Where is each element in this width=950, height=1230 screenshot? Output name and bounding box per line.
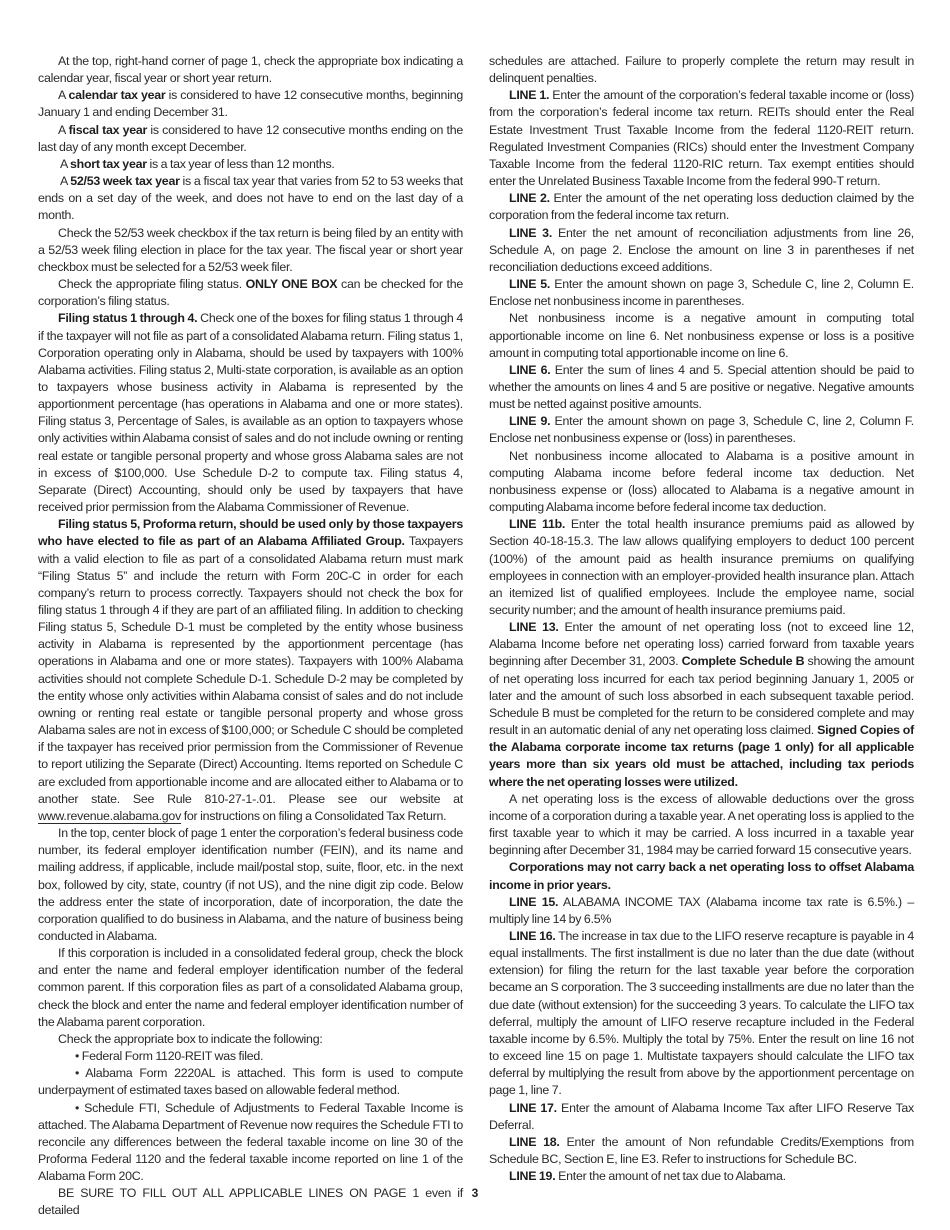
line-2-instructions: LINE 2. Enter the amount of the net oper… xyxy=(489,190,914,224)
only-one-box-emphasis: ONLY ONE BOX xyxy=(246,277,338,291)
line-13-label: LINE 13. xyxy=(509,620,559,634)
check-box-intro: Check the appropriate box to indicate th… xyxy=(38,1031,463,1048)
text: Check one of the boxes for filing status… xyxy=(38,311,463,514)
week-checkbox-instructions: Check the 52/53 week checkbox if the tax… xyxy=(38,225,463,276)
filing-status-5: Filing status 5, Proforma return, should… xyxy=(38,516,463,825)
text: A xyxy=(60,174,70,188)
filing-status-intro: Check the appropriate filing status. ONL… xyxy=(38,276,463,310)
consolidated-group-instructions: If this corporation is included in a con… xyxy=(38,945,463,1031)
filing-status-5-heading: Filing status 5, Proforma return, should… xyxy=(38,517,463,548)
line-15-instructions: LINE 15. ALABAMA INCOME TAX (Alabama inc… xyxy=(489,894,914,928)
text: for instructions on filing a Consolidate… xyxy=(181,809,446,823)
nol-definition: A net operating loss is the excess of al… xyxy=(489,791,914,860)
line-19-label: LINE 19. xyxy=(509,1169,555,1183)
term-short-tax-year: short tax year xyxy=(70,157,147,171)
text: A xyxy=(58,123,69,137)
line-18-instructions: LINE 18. Enter the amount of Non refunda… xyxy=(489,1134,914,1168)
text: Enter the amount shown on page 3, Schedu… xyxy=(489,414,914,445)
filing-status-1-4-heading: Filing status 1 through 4. xyxy=(58,311,197,325)
line-16-instructions: LINE 16. The increase in tax due to the … xyxy=(489,928,914,1100)
nol-carryback-warning: Corporations may not carry back a net op… xyxy=(489,859,914,893)
text: Enter the amount of net tax due to Alaba… xyxy=(555,1169,785,1183)
text: Enter the amount shown on page 3, Schedu… xyxy=(489,277,914,308)
line-9-label: LINE 9. xyxy=(509,414,550,428)
line-9-instructions: LINE 9. Enter the amount shown on page 3… xyxy=(489,413,914,447)
text: Enter the total health insurance premium… xyxy=(489,517,914,617)
text: Check the appropriate filing status. xyxy=(58,277,246,291)
text: A xyxy=(60,157,70,171)
bullet-1120-reit: • Federal Form 1120-REIT was filed. xyxy=(38,1048,463,1065)
line-3-label: LINE 3. xyxy=(509,226,552,240)
line-5-instructions: LINE 5. Enter the amount shown on page 3… xyxy=(489,276,914,310)
text: Taxpayers with a valid election to file … xyxy=(38,534,463,805)
line-3-instructions: LINE 3. Enter the net amount of reconcil… xyxy=(489,225,914,276)
line-13-instructions: LINE 13. Enter the amount of net operati… xyxy=(489,619,914,791)
text: Enter the sum of lines 4 and 5. Special … xyxy=(489,363,914,411)
line-11b-label: LINE 11b. xyxy=(509,517,565,531)
nol-carryback-warning-text: Corporations may not carry back a net op… xyxy=(489,860,914,891)
line-5-note: Net nonbusiness income is a negative amo… xyxy=(489,310,914,361)
bullet-schedule-fti: • Schedule FTI, Schedule of Adjustments … xyxy=(38,1100,463,1186)
line-17-instructions: LINE 17. Enter the amount of Alabama Inc… xyxy=(489,1100,914,1134)
text: Enter the amount of the net operating lo… xyxy=(489,191,914,222)
calendar-tax-year-definition: A calendar tax year is considered to hav… xyxy=(38,87,463,121)
line-5-label: LINE 5. xyxy=(509,277,550,291)
line-1-label: LINE 1. xyxy=(509,88,549,102)
line-17-label: LINE 17. xyxy=(509,1101,557,1115)
address-block-instructions: In the top, center block of page 1 enter… xyxy=(38,825,463,945)
bullet-form-2220al: • Alabama Form 2220AL is attached. This … xyxy=(38,1065,463,1099)
line-2-label: LINE 2. xyxy=(509,191,550,205)
schedules-continuation: schedules are attached. Failure to prope… xyxy=(489,53,914,87)
tax-year-intro: At the top, right-hand corner of page 1,… xyxy=(38,53,463,87)
line-6-label: LINE 6. xyxy=(509,363,550,377)
text: Enter the net amount of reconciliation a… xyxy=(489,226,914,274)
line-1-instructions: LINE 1. Enter the amount of the corporat… xyxy=(489,87,914,190)
left-column: At the top, right-hand corner of page 1,… xyxy=(38,53,463,1220)
fiscal-tax-year-definition: A fiscal tax year is considered to have … xyxy=(38,122,463,156)
line-9-note: Net nonbusiness income allocated to Alab… xyxy=(489,448,914,517)
complete-schedule-b-emphasis: Complete Schedule B xyxy=(682,654,805,668)
text: The increase in tax due to the LIFO rese… xyxy=(489,929,914,1097)
line-18-label: LINE 18. xyxy=(509,1135,560,1149)
line-19-instructions: LINE 19. Enter the amount of net tax due… xyxy=(489,1168,914,1185)
page-number: 3 xyxy=(0,1186,950,1200)
revenue-website-link[interactable]: www.revenue.alabama.gov xyxy=(38,809,181,823)
line-6-instructions: LINE 6. Enter the sum of lines 4 and 5. … xyxy=(489,362,914,413)
text: A xyxy=(58,88,69,102)
text: Enter the amount of the corporation’s fe… xyxy=(489,88,914,188)
week-tax-year-definition: A 52/53 week tax year is a fiscal tax ye… xyxy=(38,173,463,224)
line-16-label: LINE 16. xyxy=(509,929,556,943)
right-column: schedules are attached. Failure to prope… xyxy=(489,53,914,1185)
term-calendar-tax-year: calendar tax year xyxy=(69,88,166,102)
term-52-53-week-tax-year: 52/53 week tax year xyxy=(70,174,179,188)
instructions-page: At the top, right-hand corner of page 1,… xyxy=(0,0,950,1230)
line-11b-instructions: LINE 11b. Enter the total health insuran… xyxy=(489,516,914,619)
text: is a tax year of less than 12 months. xyxy=(147,157,335,171)
short-tax-year-definition: A short tax year is a tax year of less t… xyxy=(38,156,463,173)
term-fiscal-tax-year: fiscal tax year xyxy=(69,123,147,137)
filing-status-1-4: Filing status 1 through 4. Check one of … xyxy=(38,310,463,516)
line-15-label: LINE 15. xyxy=(509,895,558,909)
